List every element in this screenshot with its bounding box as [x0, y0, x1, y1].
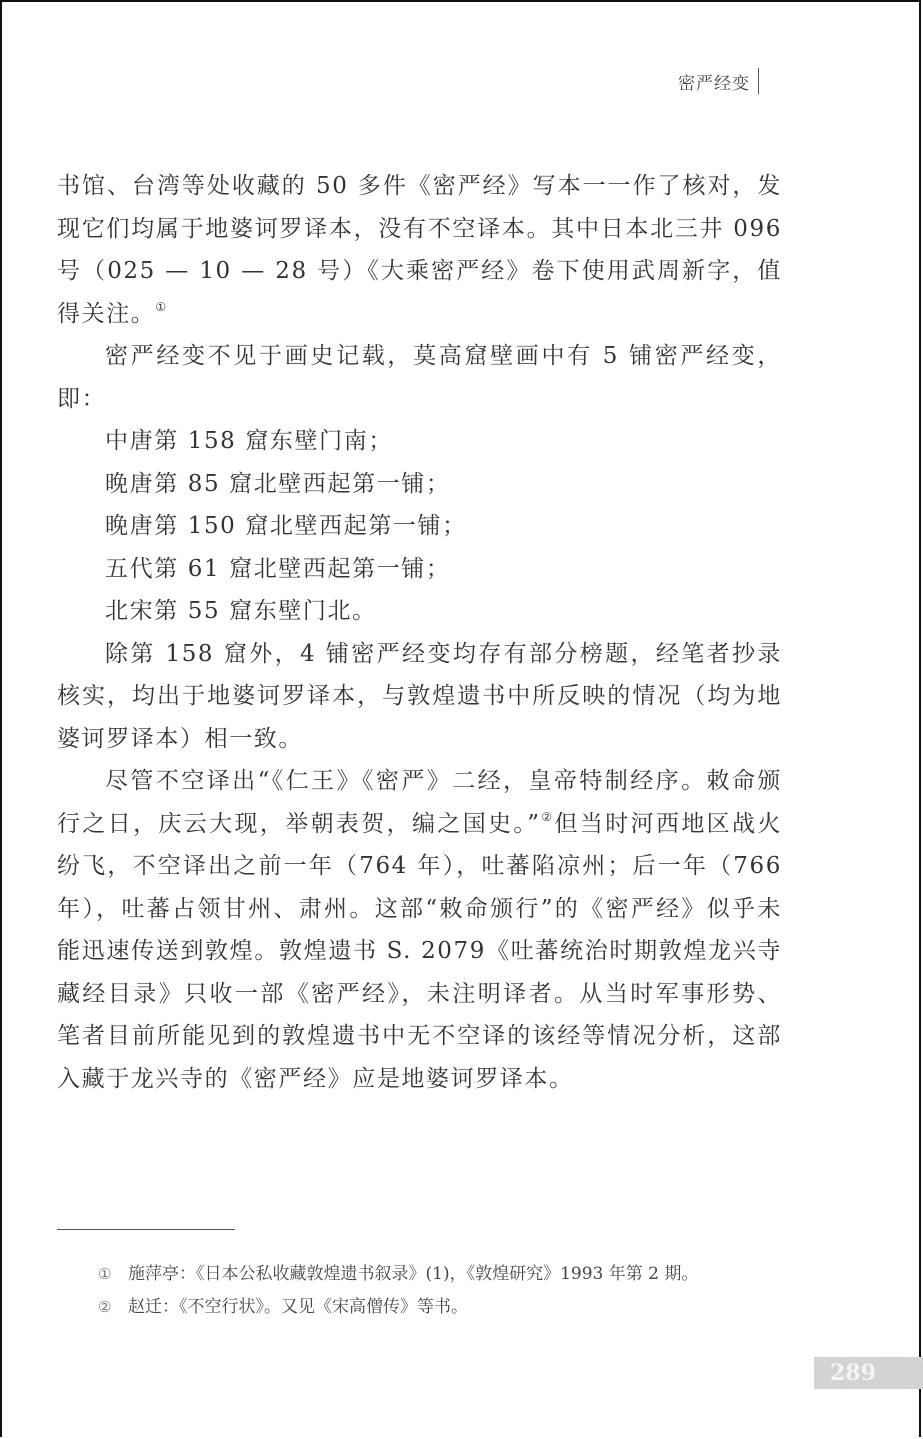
list-item: 北宋第 55 窟东壁门北。 [57, 590, 782, 633]
paragraph-continued: 书馆、台湾等处收藏的 50 多件《密严经》写本一一作了核对，发现它们均属于地婆诃… [57, 165, 782, 335]
footnote-ref-1[interactable]: ① [155, 300, 167, 314]
footnote-mark: ① [98, 1258, 128, 1291]
body-text: 书馆、台湾等处收藏的 50 多件《密严经》写本一一作了核对，发现它们均属于地婆诃… [57, 165, 782, 1100]
page-number-tab: 289 [814, 1357, 923, 1389]
paragraph-intro-list: 密严经变不见于画史记载，莫高窟壁画中有 5 铺密严经变，即： [57, 335, 782, 420]
page-number: 289 [830, 1360, 876, 1386]
footnote-mark: ② [98, 1291, 128, 1324]
list-item: 中唐第 158 窟东壁门南； [57, 420, 782, 463]
paragraph-inscriptions: 除第 158 窟外，4 铺密严经变均存有部分榜题，经笔者抄录核实，均出于地婆诃罗… [57, 633, 782, 761]
book-page: 密严经变 书馆、台湾等处收藏的 50 多件《密严经》写本一一作了核对，发现它们均… [0, 0, 921, 1437]
footnote-ref-2[interactable]: ② [541, 810, 555, 824]
footnote-text: 施萍亭：《日本公私收藏敦煌遗书叙录》(1)，《敦煌研究》1993 年第 2 期。 [128, 1258, 698, 1291]
footnotes: ① 施萍亭：《日本公私收藏敦煌遗书叙录》(1)，《敦煌研究》1993 年第 2 … [98, 1258, 798, 1324]
list-item: 五代第 61 窟北壁西起第一铺； [57, 548, 782, 591]
list-item: 晚唐第 85 窟北壁西起第一铺； [57, 463, 782, 506]
footnote-divider [57, 1229, 235, 1230]
paragraph-transmission: 尽管不空译出“《仁王》《密严》二经，皇帝特制经序。敕命颁行之日，庆云大现，举朝表… [57, 760, 782, 1100]
footnote-item: ② 赵迁：《不空行状》。又见《宋高僧传》等书。 [98, 1291, 798, 1324]
footnote-item: ① 施萍亭：《日本公私收藏敦煌遗书叙录》(1)，《敦煌研究》1993 年第 2 … [98, 1258, 798, 1291]
list-item: 晚唐第 150 窟北壁西起第一铺； [57, 505, 782, 548]
running-head-title: 密严经变 [678, 69, 750, 94]
footnote-text: 赵迁：《不空行状》。又见《宋高僧传》等书。 [128, 1291, 468, 1324]
running-head: 密严经变 [678, 68, 759, 94]
running-head-divider [758, 68, 759, 94]
